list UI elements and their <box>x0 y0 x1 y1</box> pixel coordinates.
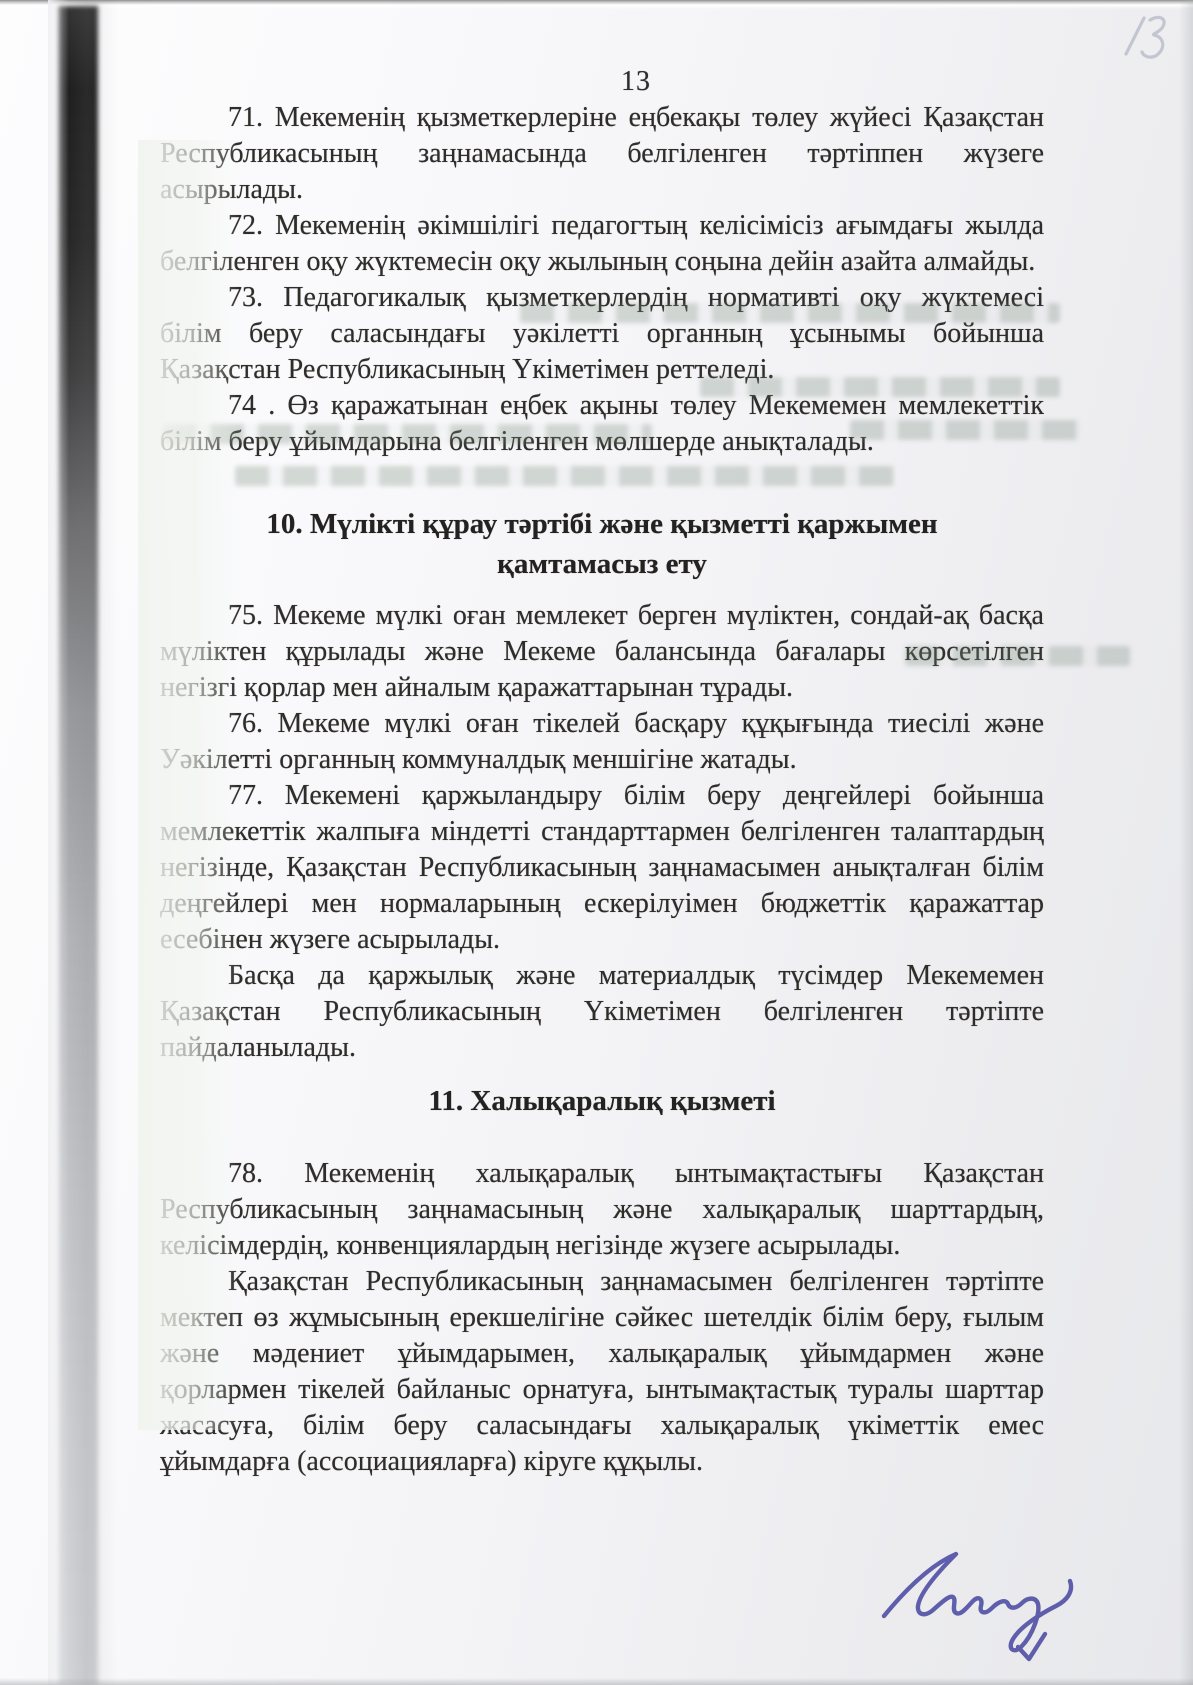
scan-bottom-edge <box>0 1678 1193 1685</box>
scan-top-edge <box>0 0 1193 9</box>
paragraph-73: 73. Педагогикалық қызметкерлердің нормат… <box>160 280 1044 388</box>
paragraph-78-extra: Қазақстан Республикасының заңнамасымен б… <box>160 1264 1044 1480</box>
paragraph-74: 74 . Өз қаражатынан еңбек ақыны төлеу Ме… <box>160 388 1044 460</box>
scan-spine-shadow <box>58 6 98 1685</box>
signature-ink <box>868 1516 1103 1674</box>
handwritten-page-number <box>1118 10 1180 68</box>
paragraph-71: 71. Мекеменің қызметкерлеріне еңбекақы т… <box>160 100 1044 208</box>
section-heading-10-line2: қамтамасыз ету <box>160 544 1044 584</box>
paragraph-77: 77. Мекемені қаржыландыру білім беру дең… <box>160 778 1044 958</box>
paragraph-72: 72. Мекеменің әкімшілігі педагогтың келі… <box>160 208 1044 280</box>
scan-right-edge <box>1179 0 1193 1685</box>
paragraph-76: 76. Мекеме мүлкі оған тікелей басқару құ… <box>160 706 1044 778</box>
paragraph-75: 75. Мекеме мүлкі оған мемлекет берген мү… <box>160 598 1044 706</box>
scan-fold-shading <box>48 0 118 1685</box>
section-heading-10-line1: 10. Мүлікті құрау тәртібі және қызметті … <box>160 504 1044 544</box>
scanned-document-page: 13 71. Мекеменің қызметкерлеріне еңбекақ… <box>0 0 1193 1685</box>
page-number: 13 <box>160 64 1044 100</box>
document-body: 13 71. Мекеменің қызметкерлеріне еңбекақ… <box>160 64 1044 1480</box>
section-heading-10: 10. Мүлікті құрау тәртібі және қызметті … <box>160 504 1044 584</box>
paragraph-78: 78. Мекеменің халықаралық ынтымақтастығы… <box>160 1156 1044 1264</box>
paragraph-77-extra: Басқа да қаржылық және материалдық түсім… <box>160 958 1044 1066</box>
section-heading-11: 11. Халықаралық қызметі <box>160 1081 1044 1121</box>
